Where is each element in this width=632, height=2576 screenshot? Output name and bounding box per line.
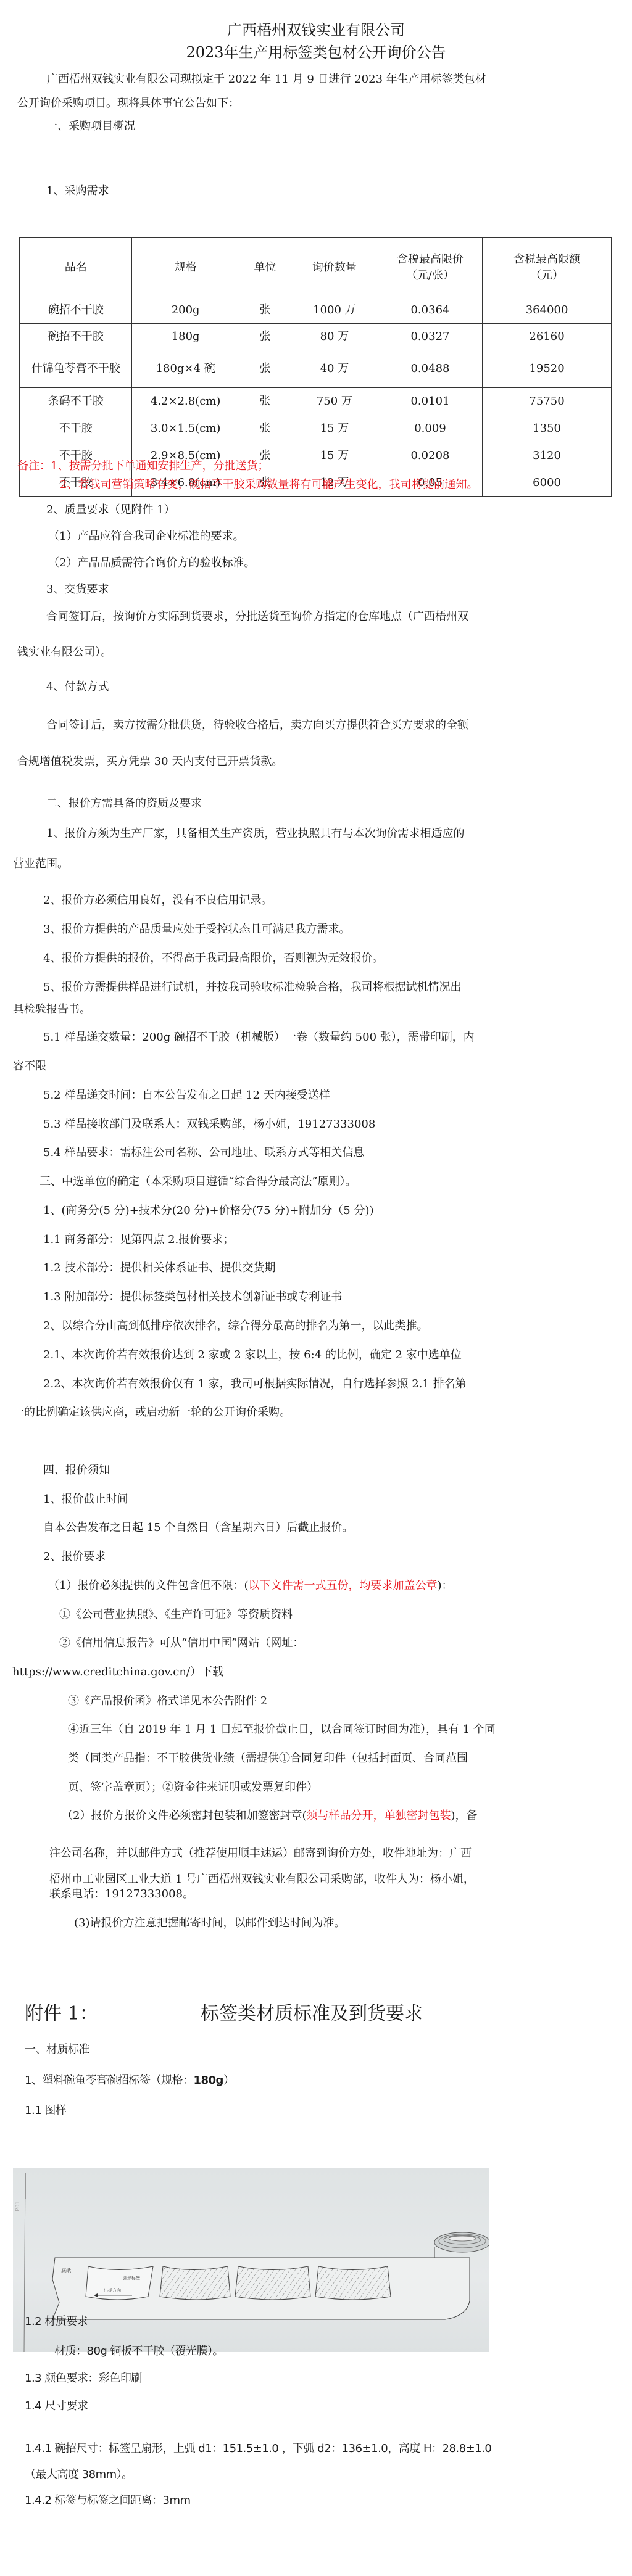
cell-amount: 6000: [483, 469, 612, 497]
col-header-amount-line2: （元）: [485, 268, 609, 284]
col-header-amount-line1: 含税最高限额: [485, 252, 609, 268]
cell-amount: 364000: [483, 297, 612, 324]
quote-req-1-emphasis: 以下文件需一式五份，均要求加盖公章: [248, 1579, 437, 1592]
note-2: 2、若我司营销策略有变，碗招不干胶采购数量将有可能产生变化，我司将提前通知。: [60, 477, 478, 492]
quote-req-2-emphasis: 须与样品分开，单独密封包装: [306, 1809, 451, 1822]
cell-unit: 张: [239, 324, 291, 350]
company-name: 广西梧州双钱实业有限公司: [0, 21, 632, 39]
cell-spec: 3.0×1.5(cm): [132, 415, 239, 442]
cell-name: 条码不干胶: [20, 388, 132, 415]
cell-price: 0.009: [378, 415, 482, 442]
intro-line-1: 广西梧州双钱实业有限公司现拟定于 2022 年 11 月 9 日进行 2023 …: [47, 72, 486, 87]
sample-5-2: 5.2 样品递交时间：自本公告发布之日起 12 天内接受送样: [43, 1088, 330, 1103]
size-req-1-4-1-cont: （最大高度 38mm）。: [25, 2467, 133, 2482]
cell-qty: 1000 万: [291, 297, 378, 324]
quality-heading: 2、质量要求（见附件 1）: [46, 503, 175, 518]
cell-amount: 3120: [483, 442, 612, 469]
quote-req-2-prefix: （2）报价方报价文件必须密封包装和加签密封章(: [62, 1809, 306, 1822]
cell-amount: 19520: [483, 350, 612, 388]
cell-unit: 张: [239, 297, 291, 324]
cell-name: 不干胶: [20, 415, 132, 442]
cell-price: 0.0327: [378, 324, 482, 350]
arc-label-caption: 弧形标签: [123, 2275, 140, 2281]
scoring-1: 1、(商务分(5 分)+技术分(20 分)+价格分(75 分)+附加分（5 分)…: [43, 1203, 374, 1218]
qualification-2: 2、报价方必须信用良好，没有不良信用记录。: [43, 893, 272, 908]
cell-price: 0.0364: [378, 297, 482, 324]
cell-amount: 75750: [483, 388, 612, 415]
table-row: 不干胶3.0×1.5(cm)张15 万0.0091350: [20, 415, 612, 442]
procurement-needs-heading: 1、采购需求: [46, 184, 109, 199]
cell-spec: 200g: [132, 297, 239, 324]
col-header-price-line2: （元/张）: [381, 268, 480, 284]
quote-req-3: (3)请报价方注意把握邮寄时间，以邮件到达时间为准。: [74, 1916, 346, 1931]
requirements-table: 品名 规格 单位 询价数量 含税最高限价 （元/张） 含税最高限额 （元） 碗招…: [19, 237, 612, 497]
cell-qty: 750 万: [291, 388, 378, 415]
doc-4-cont-1: 类（同类产品指：不干胶供货业绩（需提供①合同复印件（包括封面页、合同范围: [68, 1751, 468, 1766]
item-heading-suffix: ）: [223, 2074, 235, 2087]
col-header-price: 含税最高限价 （元/张）: [378, 238, 482, 297]
quote-req-1: （1）报价必须提供的文件包含但不限：(以下文件需一式五份，均要求加盖公章)：: [48, 1579, 453, 1593]
size-req-heading: 1.4 尺寸要求: [25, 2399, 88, 2414]
note-1: 备注：1、按需分批下单通知安排生产，分批送货；: [17, 459, 268, 474]
cell-qty: 15 万: [291, 415, 378, 442]
col-header-name: 品名: [20, 238, 132, 297]
scale-label: P.01: [15, 2202, 20, 2211]
sample-5-1-cont: 容不限: [13, 1059, 46, 1074]
qualification-1: 1、报价方须为生产厂家，具备相关生产资质，营业执照具有与本次询价需求相适应的: [46, 827, 464, 841]
quote-req-heading: 2、报价要求: [43, 1550, 106, 1564]
payment-line-1: 合同签订后，卖方按需分批供货，待验收合格后，卖方向买方提供符合买方要求的全额: [46, 718, 468, 733]
quote-req-2-line-2: 梧州市工业园区工业大道 1 号广西梧州双钱实业有限公司采购部，收件人为：杨小姐，: [49, 1872, 475, 1887]
doc-1: ①《公司营业执照》、《生产许可证》等资质资料: [59, 1608, 293, 1622]
quality-item-2: （2）产品品质需符合询价方的验收标准。: [48, 556, 255, 571]
qualification-5: 5、报价方需提供样品进行试机，并按我司验收标准检验合格，我司将根据试机情况出: [43, 980, 461, 995]
cell-name: 碗招不干胶: [20, 324, 132, 350]
cell-amount: 26160: [483, 324, 612, 350]
scoring-1-2: 1.2 技术部分：提供相关体系证书、提供交货期: [43, 1261, 275, 1276]
attachment-title: 标签类材质标准及到货要求: [201, 2003, 423, 2025]
doc-2: ②《信用信息报告》可从“信用中国”网站（网址：: [59, 1636, 304, 1651]
col-header-price-line1: 含税最高限价: [381, 252, 480, 268]
col-header-qty: 询价数量: [291, 238, 378, 297]
scoring-1-1: 1.1 商务部分：见第四点 2.报价要求；: [43, 1232, 234, 1247]
cell-spec: 4.2×2.8(cm): [132, 388, 239, 415]
cell-name: 什锦龟苓膏不干胶: [20, 350, 132, 388]
quality-item-1: （1）产品应符合我司企业标准的要求。: [48, 529, 244, 544]
table-row: 条码不干胶4.2×2.8(cm)张750 万0.010175750: [20, 388, 612, 415]
deadline-heading: 1、报价截止时间: [43, 1492, 128, 1507]
attachment-label: 附件 1：: [25, 2003, 98, 2025]
section4-heading: 四、报价须知: [43, 1463, 110, 1478]
cell-qty: 80 万: [291, 324, 378, 350]
cell-qty: 40 万: [291, 350, 378, 388]
delivery-heading: 3、交货要求: [46, 582, 109, 597]
creditchina-link[interactable]: https://www.creditchina.gov.cn/）下载: [12, 1665, 223, 1680]
figure-heading: 1.1 图样: [25, 2103, 66, 2118]
quote-req-2-line-3: 联系电话：19127333008。: [49, 1887, 194, 1902]
cell-price: 0.0101: [378, 388, 482, 415]
base-paper-label: 底纸: [61, 2267, 71, 2273]
intro-line-2: 公开询价采购项目。现将具体事宜公告如下：: [17, 96, 239, 111]
scoring-2-2-cont: 一的比例确定该供应商，或启动新一轮的公开询价采购。: [13, 1405, 291, 1420]
table-row: 什锦龟苓膏不干胶180g×4 碗张40 万0.048819520: [20, 350, 612, 388]
quote-req-2-line-1: 注公司名称，并以邮件方式（推荐使用顺丰速运）邮寄到询价方处，收件地址为：广西: [49, 1846, 472, 1861]
table-row: 碗招不干胶200g张1000 万0.0364364000: [20, 297, 612, 324]
cell-price: 0.0488: [378, 350, 482, 388]
section2-heading: 二、报价方需具备的资质及要求: [46, 796, 202, 811]
sample-5-3: 5.3 样品接收部门及联系人：双钱采购部，杨小姐，19127333008: [43, 1117, 375, 1132]
section3-heading: 三、中选单位的确定（本采购项目遵循“综合得分最高法”原则）。: [39, 1174, 356, 1189]
item-heading: 1、塑料碗龟苓膏碗招标签（规格：180g）: [25, 2073, 234, 2088]
scoring-2-2: 2.2、本次询价若有效报价仅有 1 家，我司可根据实际情况，自行选择参照 2.1…: [43, 1377, 467, 1392]
scoring-1-3: 1.3 附加部分：提供标签类包材相关技术创新证书或专利证书: [43, 1290, 342, 1305]
size-req-1-4-2: 1.4.2 标签与标签之间距离：3mm: [25, 2493, 191, 2508]
cell-unit: 张: [239, 415, 291, 442]
qualification-3: 3、报价方提供的产品质量应处于受控状态且可满足我方需求。: [43, 922, 350, 937]
delivery-line-1: 合同签订后，按询价方实际到货要求，分批送货至询价方指定的仓库地点（广西梧州双: [46, 609, 468, 624]
sample-5-1: 5.1 样品递交数量：200g 碗招不干胶（机械版）一卷（数量约 500 张），…: [43, 1030, 475, 1045]
deadline-text: 自本公告发布之日起 15 个自然日（含星期六日）后截止报价。: [43, 1521, 353, 1535]
direction-caption: 出标方向: [104, 2287, 121, 2293]
col-header-spec: 规格: [132, 238, 239, 297]
delivery-line-2: 钱实业有限公司）。: [17, 645, 112, 660]
material-req-text: 材质：80g 铜板不干胶（覆光膜）。: [54, 2344, 223, 2359]
payment-line-2: 合规增值税发票，买方凭票 30 天内支付已开票货款。: [17, 754, 283, 769]
page-title: 2023年生产用标签类包材公开询价公告: [0, 43, 632, 62]
section1-heading: 一、采购项目概况: [46, 119, 135, 134]
color-req: 1.3 颜色要求：彩色印刷: [25, 2371, 142, 2386]
cell-qty: 15 万: [291, 442, 378, 469]
quote-req-1-suffix: )：: [437, 1579, 452, 1592]
cell-unit: 张: [239, 388, 291, 415]
quote-req-2: （2）报价方报价文件必须密封包装和加签密封章(须与样品分开，单独密封包装)，备: [62, 1809, 478, 1823]
payment-heading: 4、付款方式: [46, 680, 109, 695]
qualification-1-cont: 营业范围。: [13, 857, 69, 872]
size-req-1-4-1: 1.4.1 碗招尺寸：标签呈扇形，上弧 d1：151.5±1.0 ，下弧 d2：…: [25, 2442, 491, 2456]
item-heading-prefix: 1、塑料碗龟苓膏碗招标签（规格：: [25, 2074, 193, 2087]
col-header-amount: 含税最高限额 （元）: [483, 238, 612, 297]
cell-spec: 180g×4 碗: [132, 350, 239, 388]
material-standard-heading: 一、材质标准: [25, 2042, 89, 2057]
cell-amount: 1350: [483, 415, 612, 442]
quote-req-2-suffix: )，备: [451, 1809, 477, 1822]
col-header-unit: 单位: [239, 238, 291, 297]
material-req-heading: 1.2 材质要求: [25, 2314, 88, 2329]
cell-name: 碗招不干胶: [20, 297, 132, 324]
qualification-4: 4、报价方提供的报价，不得高于我司最高限价，否则视为无效报价。: [43, 951, 383, 966]
doc-4: ④近三年（自 2019 年 1 月 1 日起至报价截止日，以合同签订时间为准），…: [68, 1722, 496, 1737]
table-header-row: 品名 规格 单位 询价数量 含税最高限价 （元/张） 含税最高限额 （元）: [20, 238, 612, 297]
item-heading-spec: 180g: [193, 2074, 223, 2087]
table-row: 碗招不干胶180g张80 万0.032726160: [20, 324, 612, 350]
scoring-2-1: 2.1、本次询价若有效报价达到 2 家或 2 家以上，按 6:4 的比例，确定 …: [43, 1348, 462, 1363]
quote-req-1-prefix: （1）报价必须提供的文件包含但不限：(: [48, 1579, 248, 1592]
qualification-5-cont: 具检验报告书。: [13, 1002, 91, 1017]
cell-unit: 张: [239, 350, 291, 388]
doc-4-cont-2: 页、签字盖章页）；②资金往来证明或发票复印件）: [68, 1780, 318, 1795]
cell-spec: 180g: [132, 324, 239, 350]
doc-3: ③《产品报价函》格式详见本公告附件 2: [68, 1694, 267, 1709]
scoring-2: 2、以综合分由高到低排序依次排名，综合得分最高的排名为第一，以此类推。: [43, 1319, 428, 1334]
cell-price: 0.0208: [378, 442, 482, 469]
sample-5-4: 5.4 样品要求：需标注公司名称、公司地址、联系方式等相关信息: [43, 1146, 364, 1160]
